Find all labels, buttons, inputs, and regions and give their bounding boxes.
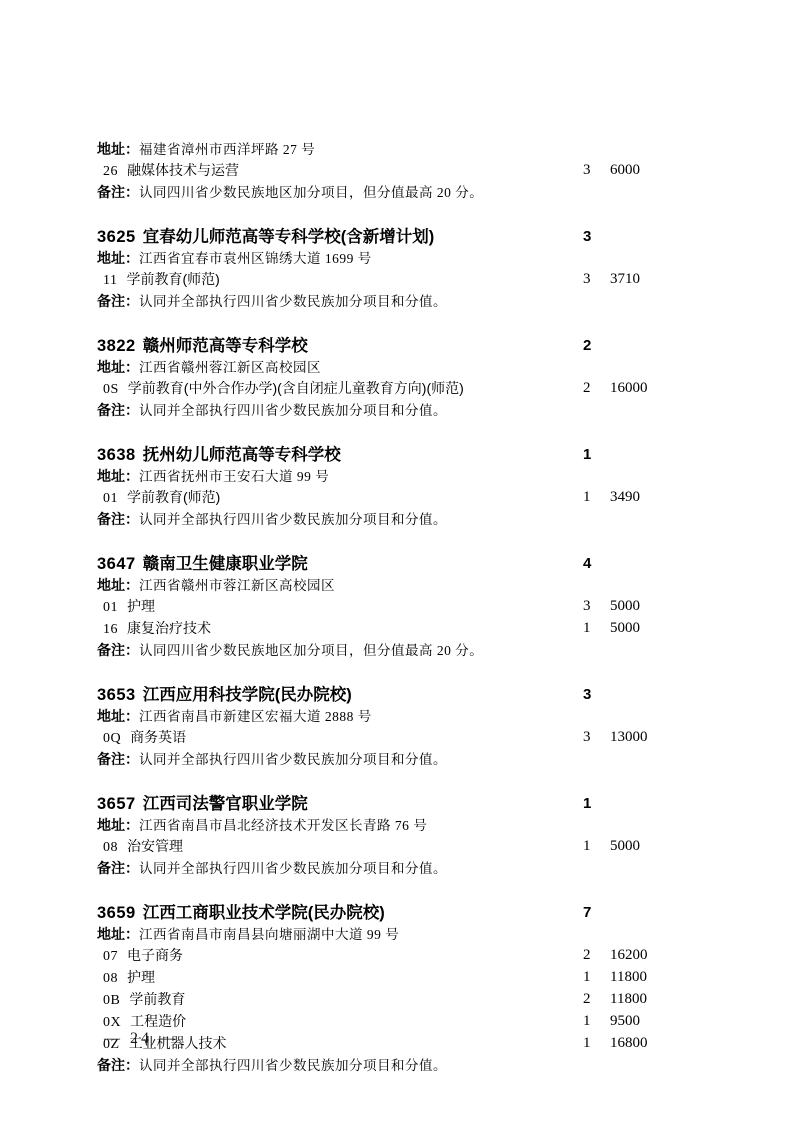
major-tuition: 5000 xyxy=(610,596,640,616)
school-entry: 3638抚州幼儿师范高等专科学校 1 地址：江西省抚州市王安石大道 99 号 0… xyxy=(97,444,663,530)
major-count: 3 xyxy=(583,596,591,616)
school-header: 3647赣南卫生健康职业学院 4 xyxy=(97,553,663,575)
address-text: 江西省南昌市南昌县向塘丽湖中大道 99 号 xyxy=(139,927,399,942)
address-label: 地址： xyxy=(97,141,139,157)
note-text: 认同并全部执行四川省少数民族加分项目和分值。 xyxy=(139,752,447,767)
school-entry: 3625宜春幼儿师范高等专科学校(含新增计划) 3 地址：江西省宜春市袁州区锦绣… xyxy=(97,226,663,312)
address-row: 地址：江西省南昌市昌北经济技术开发区长青路 76 号 xyxy=(97,815,663,836)
address-text: 江西省抚州市王安石大道 99 号 xyxy=(139,469,329,484)
major-name: 学前教育(中外合作办学)(含自闭症儿童教育方向)(师范) xyxy=(128,380,464,396)
school-code: 3647 xyxy=(97,555,136,573)
note-label: 备注： xyxy=(97,402,139,418)
address-row: 地址：江西省赣州蓉江新区高校园区 xyxy=(97,357,663,378)
note-row: 备注：认同并全部执行四川省少数民族加分项目和分值。 xyxy=(97,749,663,770)
address-row: 地址：江西省赣州市蓉江新区高校园区 xyxy=(97,575,663,596)
note-row: 备注：认同四川省少数民族地区加分项目，但分值最高 20 分。 xyxy=(97,640,663,661)
major-row: 11学前教育(师范) 3 3710 xyxy=(97,269,663,291)
major-name: 电子商务 xyxy=(127,947,183,963)
major-code: 0Q xyxy=(103,731,121,746)
major-count: 1 xyxy=(583,1011,591,1031)
school-entry: 3657江西司法警官职业学院 1 地址：江西省南昌市昌北经济技术开发区长青路 7… xyxy=(97,793,663,879)
major-name: 学前教育(师范) xyxy=(127,489,220,505)
major-code: 26 xyxy=(103,164,118,179)
note-row: 备注：认同并全部执行四川省少数民族加分项目和分值。 xyxy=(97,400,663,421)
address-row: 地址：江西省抚州市王安石大道 99 号 xyxy=(97,466,663,487)
school-header: 3659江西工商职业技术学院(民办院校) 7 xyxy=(97,902,663,924)
school-header: 3657江西司法警官职业学院 1 xyxy=(97,793,663,815)
major-row: 01护理 3 5000 xyxy=(97,596,663,618)
major-name: 治安管理 xyxy=(127,838,183,854)
school-name: 江西工商职业技术学院(民办院校) xyxy=(143,904,385,922)
major-row: 0Q商务英语 3 13000 xyxy=(97,727,663,749)
note-text: 认同并全部执行四川省少数民族加分项目和分值。 xyxy=(139,294,447,309)
major-row: 0S学前教育(中外合作办学)(含自闭症儿童教育方向)(师范) 2 16000 xyxy=(97,378,663,400)
school-header: 3625宜春幼儿师范高等专科学校(含新增计划) 3 xyxy=(97,226,663,248)
note-row: 备注：认同四川省少数民族地区加分项目，但分值最高 20 分。 xyxy=(97,182,663,203)
major-tuition: 11800 xyxy=(610,967,647,987)
school-code: 3822 xyxy=(97,337,136,355)
major-count: 2 xyxy=(583,945,591,965)
major-tuition: 9500 xyxy=(610,1011,640,1031)
note-text: 认同四川省少数民族地区加分项目，但分值最高 20 分。 xyxy=(139,643,483,658)
continued-school-entry: 地址：福建省漳州市西洋坪路 27 号 26融媒体技术与运营 3 6000 备注：… xyxy=(97,139,663,203)
major-tuition: 11800 xyxy=(610,989,647,1009)
note-row: 备注：认同并全部执行四川省少数民族加分项目和分值。 xyxy=(97,1055,663,1076)
major-row: 08护理 1 11800 xyxy=(97,967,663,989)
major-row: 07电子商务 2 16200 xyxy=(97,945,663,967)
school-header: 3653江西应用科技学院(民办院校) 3 xyxy=(97,684,663,706)
address-row: 地址：江西省南昌市南昌县向塘丽湖中大道 99 号 xyxy=(97,924,663,945)
major-row: 26融媒体技术与运营 3 6000 xyxy=(97,160,663,182)
note-text: 认同并全部执行四川省少数民族加分项目和分值。 xyxy=(139,403,447,418)
major-count: 1 xyxy=(583,967,591,987)
major-tuition: 16800 xyxy=(610,1033,648,1053)
school-entry: 3659江西工商职业技术学院(民办院校) 7 地址：江西省南昌市南昌县向塘丽湖中… xyxy=(97,902,663,1076)
major-row: 0X工程造价 1 9500 xyxy=(97,1011,663,1033)
page-number: — 24 — xyxy=(104,1030,178,1048)
major-tuition: 16000 xyxy=(610,378,648,398)
school-name: 赣州师范高等专科学校 xyxy=(143,337,308,355)
major-name: 工程造价 xyxy=(130,1013,186,1029)
major-row: 0B学前教育 2 11800 xyxy=(97,989,663,1011)
school-entry: 3653江西应用科技学院(民办院校) 3 地址：江西省南昌市新建区宏福大道 28… xyxy=(97,684,663,770)
document-page: 地址：福建省漳州市西洋坪路 27 号 26融媒体技术与运营 3 6000 备注：… xyxy=(0,0,794,1123)
major-row: 08治安管理 1 5000 xyxy=(97,836,663,858)
address-text: 江西省赣州市蓉江新区高校园区 xyxy=(139,578,335,593)
major-count: 2 xyxy=(583,989,591,1009)
major-code: 01 xyxy=(103,491,118,506)
major-count: 1 xyxy=(583,618,591,638)
major-code: 16 xyxy=(103,622,118,637)
major-code: 07 xyxy=(103,949,118,964)
major-name: 学前教育(师范) xyxy=(126,271,219,287)
note-text: 认同并全部执行四川省少数民族加分项目和分值。 xyxy=(139,512,447,527)
major-code: 01 xyxy=(103,600,118,615)
address-label: 地址： xyxy=(97,708,139,724)
major-name: 康复治疗技术 xyxy=(127,620,211,636)
school-header: 3822赣州师范高等专科学校 2 xyxy=(97,335,663,357)
note-row: 备注：认同并全部执行四川省少数民族加分项目和分值。 xyxy=(97,509,663,530)
major-row: 16康复治疗技术 1 5000 xyxy=(97,618,663,640)
major-tuition: 3710 xyxy=(610,269,640,289)
note-label: 备注： xyxy=(97,1057,139,1073)
major-count: 2 xyxy=(583,378,591,398)
school-name: 赣南卫生健康职业学院 xyxy=(143,555,308,573)
major-row: 01学前教育(师范) 1 3490 xyxy=(97,487,663,509)
major-count: 1 xyxy=(583,1033,591,1053)
major-count: 3 xyxy=(583,727,591,747)
page-content: 地址：福建省漳州市西洋坪路 27 号 26融媒体技术与运营 3 6000 备注：… xyxy=(97,139,663,1076)
school-entry: 3822赣州师范高等专科学校 2 地址：江西省赣州蓉江新区高校园区 0S学前教育… xyxy=(97,335,663,421)
school-plan-count: 7 xyxy=(583,902,591,924)
school-code: 3653 xyxy=(97,686,136,704)
major-code: 0B xyxy=(103,993,120,1008)
address-text: 江西省宜春市袁州区锦绣大道 1699 号 xyxy=(139,251,372,266)
major-name: 融媒体技术与运营 xyxy=(127,162,239,178)
major-code: 11 xyxy=(103,273,117,288)
major-count: 3 xyxy=(583,269,591,289)
major-count: 3 xyxy=(583,160,591,180)
major-count: 1 xyxy=(583,487,591,507)
address-label: 地址： xyxy=(97,359,139,375)
note-text: 认同四川省少数民族地区加分项目，但分值最高 20 分。 xyxy=(139,185,483,200)
school-code: 3638 xyxy=(97,446,136,464)
note-label: 备注： xyxy=(97,860,139,876)
address-text: 江西省南昌市新建区宏福大道 2888 号 xyxy=(139,709,372,724)
school-entry: 3647赣南卫生健康职业学院 4 地址：江西省赣州市蓉江新区高校园区 01护理 … xyxy=(97,553,663,661)
address-label: 地址： xyxy=(97,926,139,942)
school-name: 抚州幼儿师范高等专科学校 xyxy=(143,446,341,464)
major-name: 护理 xyxy=(127,598,155,614)
school-plan-count: 3 xyxy=(583,684,591,706)
major-tuition: 5000 xyxy=(610,618,640,638)
school-name: 江西应用科技学院(民办院校) xyxy=(143,686,352,704)
major-tuition: 16200 xyxy=(610,945,648,965)
school-code: 3657 xyxy=(97,795,136,813)
note-text: 认同并全部执行四川省少数民族加分项目和分值。 xyxy=(139,1058,447,1073)
note-label: 备注： xyxy=(97,293,139,309)
school-plan-count: 4 xyxy=(583,553,591,575)
major-code: 0S xyxy=(103,382,119,397)
address-row: 地址：福建省漳州市西洋坪路 27 号 xyxy=(97,139,663,160)
address-label: 地址： xyxy=(97,250,139,266)
address-text: 福建省漳州市西洋坪路 27 号 xyxy=(139,142,315,157)
major-name: 护理 xyxy=(127,969,155,985)
major-tuition: 3490 xyxy=(610,487,640,507)
note-row: 备注：认同并全部执行四川省少数民族加分项目和分值。 xyxy=(97,291,663,312)
note-label: 备注： xyxy=(97,642,139,658)
school-plan-count: 1 xyxy=(583,444,591,466)
address-label: 地址： xyxy=(97,577,139,593)
address-row: 地址：江西省宜春市袁州区锦绣大道 1699 号 xyxy=(97,248,663,269)
school-plan-count: 3 xyxy=(583,226,591,248)
major-code: 08 xyxy=(103,840,118,855)
school-code: 3625 xyxy=(97,228,136,246)
note-label: 备注： xyxy=(97,184,139,200)
address-label: 地址： xyxy=(97,468,139,484)
school-code: 3659 xyxy=(97,904,136,922)
school-plan-count: 2 xyxy=(583,335,591,357)
major-tuition: 13000 xyxy=(610,727,648,747)
major-code: 0X xyxy=(103,1015,121,1030)
school-name: 宜春幼儿师范高等专科学校(含新增计划) xyxy=(143,228,435,246)
major-tuition: 6000 xyxy=(610,160,640,180)
major-tuition: 5000 xyxy=(610,836,640,856)
address-text: 江西省南昌市昌北经济技术开发区长青路 76 号 xyxy=(139,818,427,833)
note-text: 认同并全部执行四川省少数民族加分项目和分值。 xyxy=(139,861,447,876)
school-plan-count: 1 xyxy=(583,793,591,815)
major-name: 商务英语 xyxy=(130,729,186,745)
note-label: 备注： xyxy=(97,511,139,527)
school-header: 3638抚州幼儿师范高等专科学校 1 xyxy=(97,444,663,466)
address-row: 地址：江西省南昌市新建区宏福大道 2888 号 xyxy=(97,706,663,727)
major-code: 08 xyxy=(103,971,118,986)
note-row: 备注：认同并全部执行四川省少数民族加分项目和分值。 xyxy=(97,858,663,879)
school-name: 江西司法警官职业学院 xyxy=(143,795,308,813)
major-row: 0Z工业机器人技术 1 16800 xyxy=(97,1033,663,1055)
major-count: 1 xyxy=(583,836,591,856)
address-label: 地址： xyxy=(97,817,139,833)
note-label: 备注： xyxy=(97,751,139,767)
address-text: 江西省赣州蓉江新区高校园区 xyxy=(139,360,321,375)
major-name: 学前教育 xyxy=(129,991,185,1007)
